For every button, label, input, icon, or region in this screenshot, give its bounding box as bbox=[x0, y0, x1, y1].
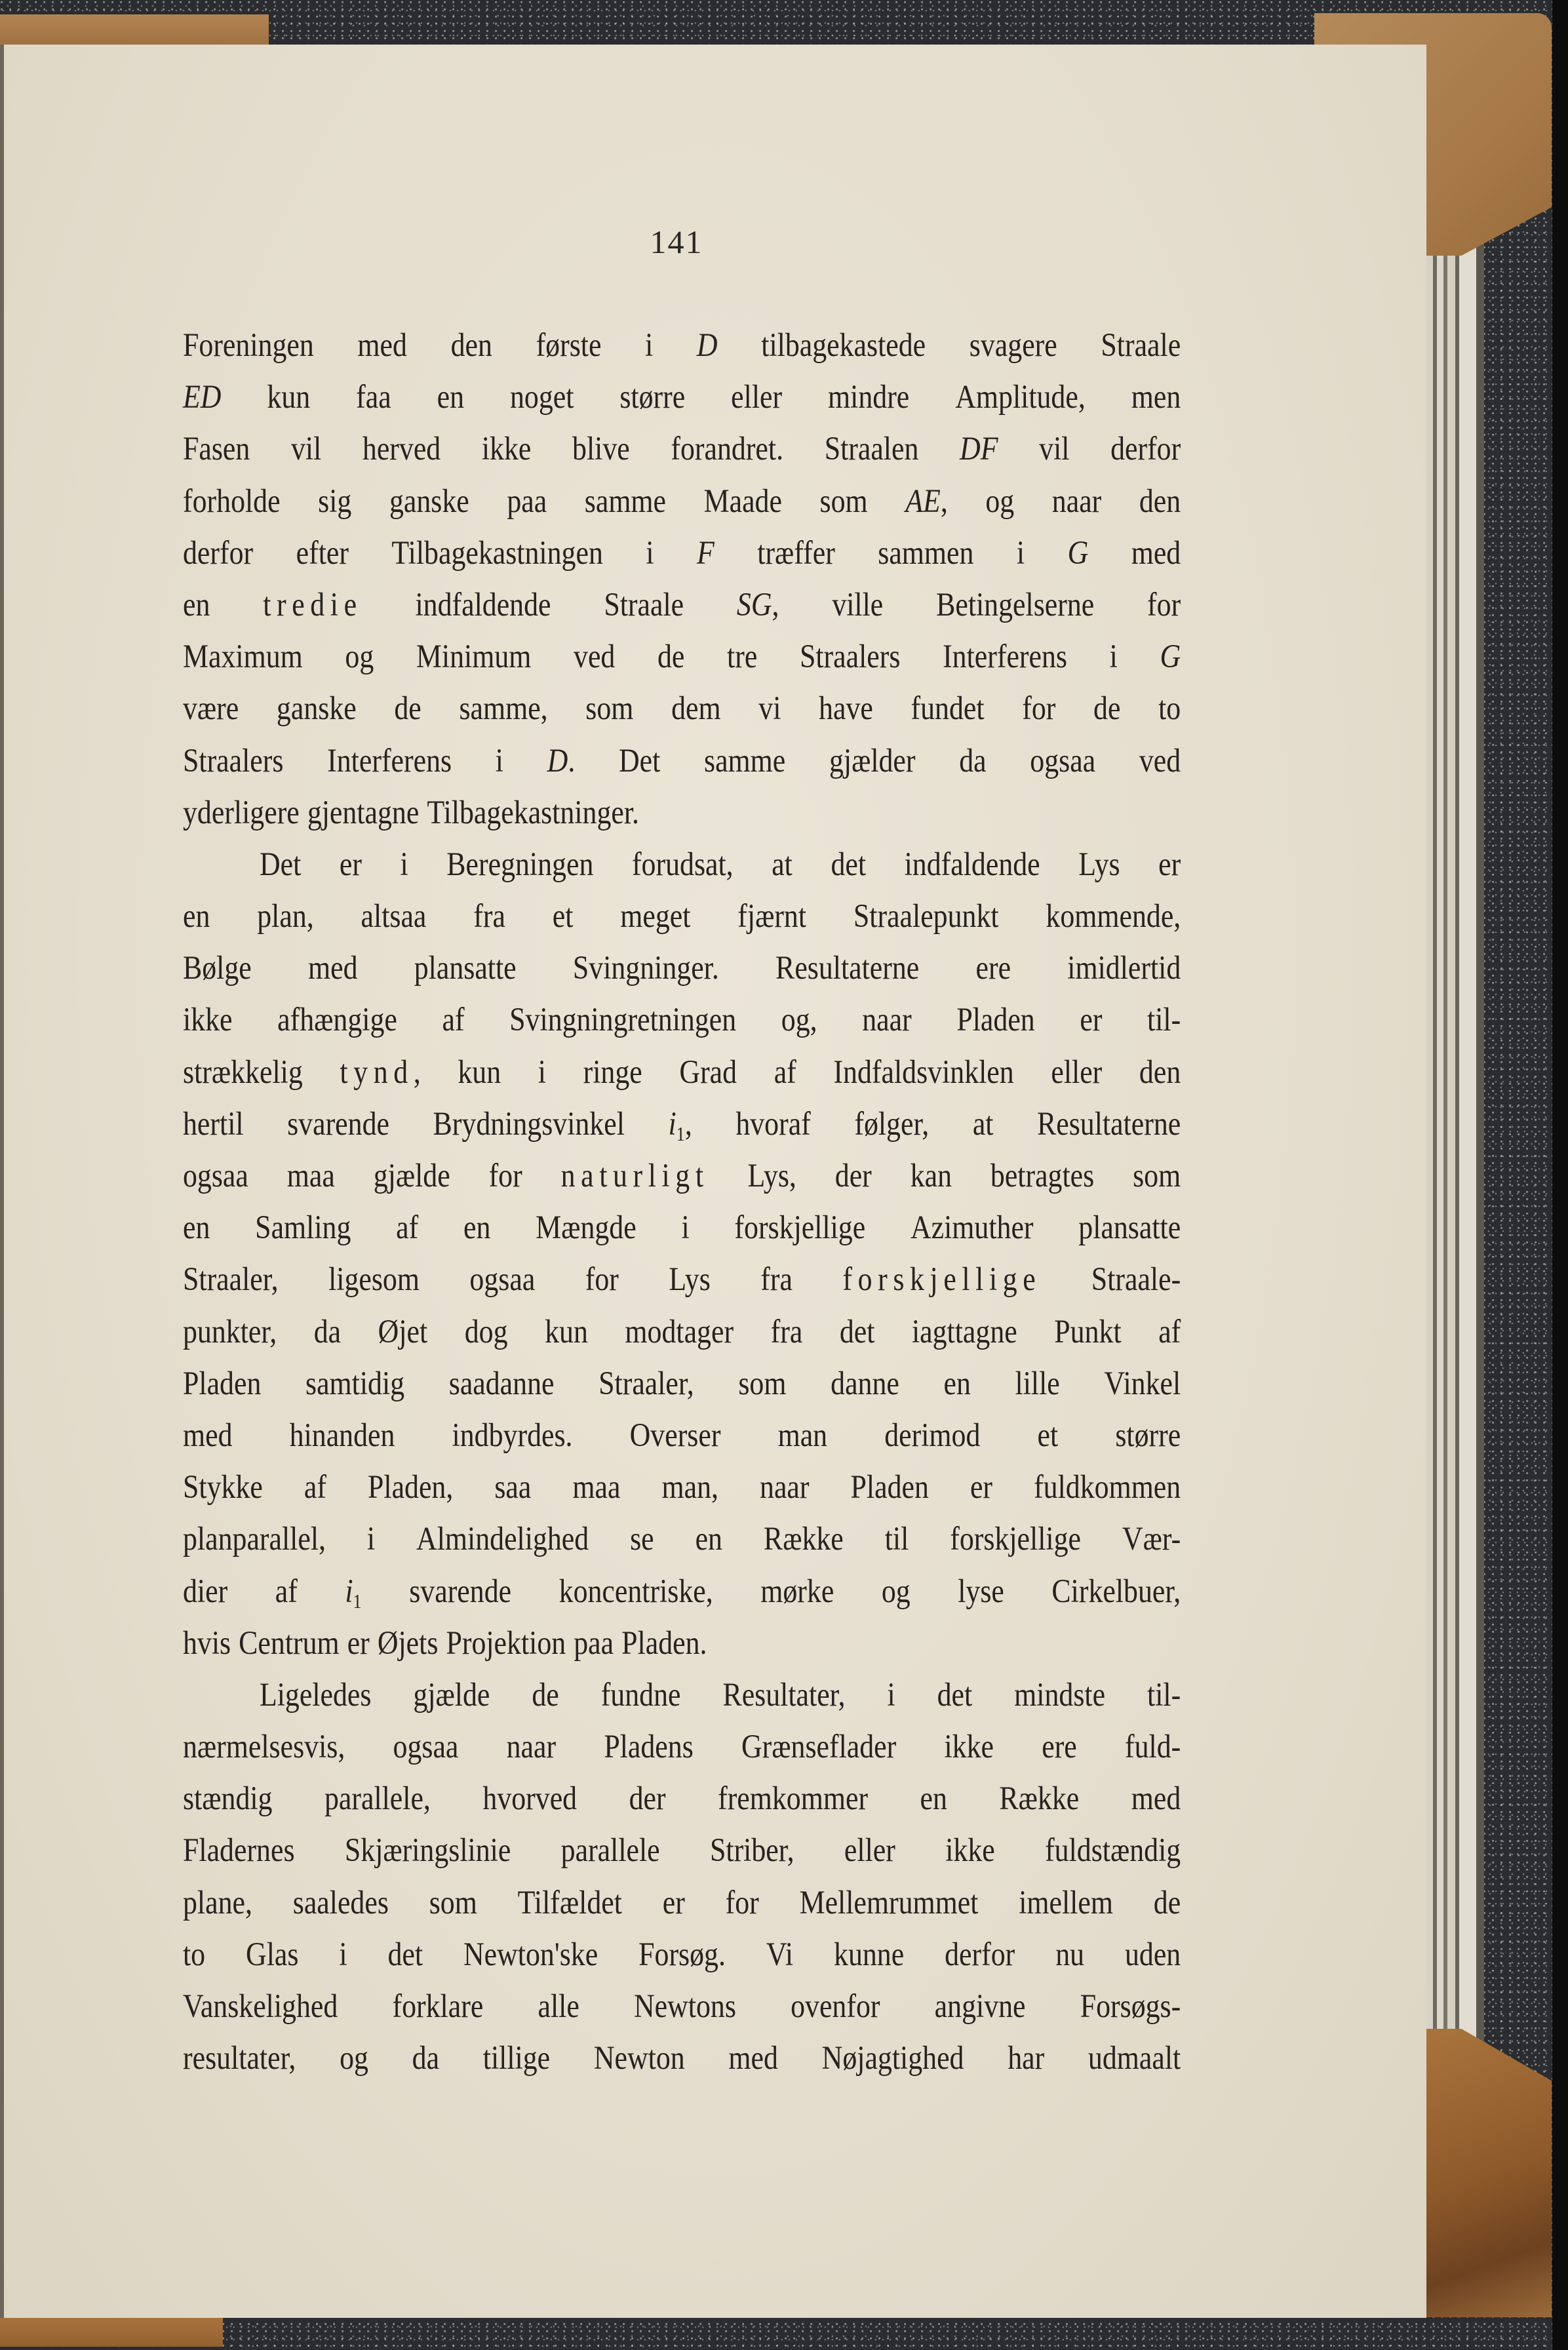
word: Svingningretningen bbox=[509, 994, 736, 1046]
word: Ligeledes bbox=[260, 1670, 371, 1721]
word: Forsøg. bbox=[638, 1929, 726, 1981]
word: der bbox=[835, 1150, 872, 1202]
book-page: 141 ForeningenmeddenførsteiDtilbagekaste… bbox=[0, 45, 1426, 2318]
page-edges-stack bbox=[1421, 31, 1484, 2316]
word: uden bbox=[1125, 1929, 1181, 1981]
word: forklare bbox=[392, 1981, 483, 2033]
word: strækkelig bbox=[183, 1047, 303, 1099]
word: samtidig bbox=[305, 1358, 404, 1410]
text-line: MaximumogMinimumveddetreStraalersInterfe… bbox=[183, 631, 1181, 683]
word: gjælder bbox=[829, 735, 916, 787]
word: Resultaterne bbox=[1037, 1099, 1181, 1150]
word: af bbox=[442, 994, 464, 1046]
leather-binding-bottom-left bbox=[0, 2315, 223, 2347]
word: de bbox=[532, 1670, 559, 1721]
word: indfaldende bbox=[905, 839, 1040, 891]
word: at bbox=[772, 839, 793, 891]
word: Samling bbox=[255, 1202, 351, 1254]
word: af bbox=[304, 1462, 326, 1514]
word: Straaler, bbox=[183, 1254, 279, 1306]
word: er bbox=[340, 839, 362, 891]
word: hvoraf bbox=[735, 1099, 810, 1150]
word: i bbox=[496, 735, 503, 787]
word: Projektion bbox=[446, 1618, 566, 1670]
word: maa bbox=[572, 1462, 620, 1514]
word: altsaa bbox=[361, 891, 427, 943]
word: som bbox=[585, 683, 633, 735]
word: Straale bbox=[1101, 320, 1181, 372]
word: kunne bbox=[834, 1929, 904, 1981]
word: i bbox=[339, 1929, 347, 1981]
word: eller bbox=[844, 1825, 895, 1877]
word: Tilbagekastninger. bbox=[427, 787, 639, 839]
word: af bbox=[774, 1047, 796, 1099]
word: plansatte bbox=[414, 943, 517, 994]
word: med bbox=[1131, 1773, 1181, 1825]
word: at bbox=[973, 1099, 994, 1150]
word: Betingelserne bbox=[936, 579, 1094, 631]
word: Straalen bbox=[825, 423, 919, 475]
word: i bbox=[401, 839, 408, 891]
word: dier bbox=[183, 1566, 227, 1618]
word: et bbox=[553, 891, 574, 943]
word: Forsøgs- bbox=[1080, 1981, 1181, 2033]
word: større bbox=[619, 372, 685, 423]
word: naturligt bbox=[561, 1150, 709, 1202]
word: i1, bbox=[668, 1099, 692, 1150]
word: yderligere bbox=[183, 787, 300, 839]
text-line: punkter,daØjetdogkunmodtagerfradetiagtta… bbox=[183, 1306, 1181, 1358]
word: Lys bbox=[669, 1254, 710, 1306]
word: Indfaldsvinklen bbox=[833, 1047, 1013, 1099]
word: meget bbox=[620, 891, 690, 943]
word: hvorved bbox=[482, 1773, 577, 1825]
word: Straale- bbox=[1091, 1254, 1181, 1306]
word: er bbox=[1158, 839, 1181, 891]
word: Maade bbox=[704, 476, 782, 528]
word: det bbox=[840, 1306, 875, 1358]
word: en bbox=[183, 891, 210, 943]
word: faa bbox=[356, 372, 391, 423]
word: ikke bbox=[183, 994, 233, 1046]
text-line: resultater,ogdatilligeNewtonmedNøjagtigh… bbox=[183, 2033, 1181, 2085]
text-line: StykkeafPladen,saamaaman,naarPladenerful… bbox=[183, 1462, 1181, 1514]
word: med bbox=[1131, 528, 1181, 579]
text-line: medhinandenindbyrdes.Oversermanderimodet… bbox=[183, 1410, 1181, 1462]
word: AE, bbox=[905, 476, 948, 528]
word: afhængige bbox=[277, 994, 397, 1046]
text-line: hvisCentrumerØjetsProjektionpaaPladen. bbox=[183, 1618, 1181, 1670]
word: som bbox=[429, 1877, 477, 1929]
text-line: stændigparallele,hvorvedderfremkommerenR… bbox=[183, 1773, 1181, 1825]
word: man, bbox=[662, 1462, 718, 1514]
word: Vanskelighed bbox=[183, 1981, 338, 2033]
word: paa bbox=[507, 476, 547, 528]
text-line: Fasenvilhervedikkebliveforandret.Straale… bbox=[183, 423, 1181, 475]
word: naar bbox=[760, 1462, 809, 1514]
word: er bbox=[663, 1877, 685, 1929]
word: D. bbox=[547, 735, 576, 787]
word: Straaler, bbox=[598, 1358, 694, 1410]
word: Overser bbox=[630, 1410, 721, 1462]
word: i bbox=[538, 1047, 546, 1099]
word: fundne bbox=[601, 1670, 681, 1721]
word: Minimum bbox=[416, 631, 531, 683]
text-line: planparallel,iAlmindelighedseenRækketilf… bbox=[183, 1514, 1181, 1565]
word: noget bbox=[510, 372, 574, 423]
word: som bbox=[1133, 1150, 1181, 1202]
word: eller bbox=[1051, 1047, 1102, 1099]
word: G bbox=[1068, 528, 1089, 579]
word: Almindelighed bbox=[416, 1514, 589, 1565]
word: ikke bbox=[482, 423, 532, 475]
word: ikke bbox=[945, 1825, 995, 1877]
word: Øjet bbox=[378, 1306, 428, 1358]
word: svarende bbox=[409, 1566, 511, 1618]
word: for bbox=[585, 1254, 619, 1306]
word: ved bbox=[1139, 735, 1181, 787]
word: med bbox=[308, 943, 358, 994]
word: Resultaterne bbox=[775, 943, 919, 994]
word: have bbox=[819, 683, 873, 735]
word: kommende, bbox=[1046, 891, 1181, 943]
word: forskjellige bbox=[842, 1254, 1041, 1306]
word: Pladen bbox=[956, 994, 1034, 1046]
word: derfor bbox=[183, 528, 253, 579]
text-line: forholdesigganskepaasammeMaadesomAE,ogna… bbox=[183, 476, 1181, 528]
word: Azimuther bbox=[911, 1202, 1034, 1254]
word: samme bbox=[585, 476, 666, 528]
word: Øjets bbox=[378, 1618, 439, 1670]
word: Maximum bbox=[183, 631, 303, 683]
word: tilbagekastede bbox=[761, 320, 926, 372]
word: af bbox=[1158, 1306, 1181, 1358]
word: paa bbox=[574, 1618, 614, 1670]
word: i bbox=[887, 1670, 895, 1721]
word: Lys bbox=[1078, 839, 1120, 891]
word: de bbox=[394, 683, 421, 735]
word: Lys, bbox=[748, 1150, 796, 1202]
word: derfor bbox=[945, 1929, 1015, 1981]
word: Pladens bbox=[604, 1721, 693, 1773]
text-line: StraalersInterferensiD.Detsammegjælderda… bbox=[183, 735, 1181, 787]
word: med bbox=[728, 2033, 778, 2085]
word: mindre bbox=[828, 372, 909, 423]
word: hinanden bbox=[290, 1410, 395, 1462]
word: parallele bbox=[561, 1825, 660, 1877]
word: som bbox=[820, 476, 868, 528]
word: i bbox=[646, 528, 654, 579]
word: Newton'ske bbox=[463, 1929, 598, 1981]
word: Straalers bbox=[183, 735, 283, 787]
word: D bbox=[697, 320, 718, 372]
text-line: yderligeregjentagneTilbagekastninger. bbox=[183, 787, 1181, 839]
word: Mængde bbox=[536, 1202, 637, 1254]
word: Cirkelbuer, bbox=[1051, 1566, 1181, 1618]
word: har bbox=[1008, 2033, 1044, 2085]
word: fundet bbox=[911, 683, 985, 735]
word: der bbox=[629, 1773, 666, 1825]
word: og, bbox=[781, 994, 817, 1046]
word: første bbox=[536, 320, 602, 372]
word: med bbox=[357, 320, 407, 372]
word: ogsaa bbox=[469, 1254, 535, 1306]
word: i bbox=[645, 320, 653, 372]
word: mørke bbox=[760, 1566, 834, 1618]
word: forskjellige bbox=[734, 1202, 865, 1254]
word: derfor bbox=[1110, 423, 1181, 475]
word: saa bbox=[494, 1462, 531, 1514]
word: de bbox=[1093, 683, 1120, 735]
word: Foreningen bbox=[183, 320, 314, 372]
word: indfaldende bbox=[415, 579, 551, 631]
word: nærmelsesvis, bbox=[183, 1721, 345, 1773]
word: en bbox=[463, 1202, 490, 1254]
word: angivne bbox=[935, 1981, 1026, 2033]
word: ringe bbox=[583, 1047, 642, 1099]
word: Interferens bbox=[327, 735, 452, 787]
word: lille bbox=[1015, 1358, 1060, 1410]
text-line: EDkunfaaennogetstørreellermindreAmplitud… bbox=[183, 372, 1181, 423]
word: og bbox=[882, 1566, 911, 1618]
word: to bbox=[1158, 683, 1181, 735]
word: Fasen bbox=[183, 423, 250, 475]
word: større bbox=[1115, 1410, 1181, 1462]
word: forandret. bbox=[671, 423, 783, 475]
word: da bbox=[412, 2033, 439, 2085]
text-line: ogsaamaagjældefornaturligtLys,derkanbetr… bbox=[183, 1150, 1181, 1202]
text-line: strækkeligtynd,kuniringeGradafIndfaldsvi… bbox=[183, 1047, 1181, 1099]
word: tre bbox=[727, 631, 757, 683]
word: ogsaa bbox=[183, 1150, 248, 1202]
word: ligesom bbox=[328, 1254, 420, 1306]
word: Tilfældet bbox=[518, 1877, 622, 1929]
word: kun bbox=[458, 1047, 501, 1099]
word: naar bbox=[1052, 476, 1101, 528]
text-line: enplan,altsaafraetmegetfjærntStraalepunk… bbox=[183, 891, 1181, 943]
word: til- bbox=[1147, 1670, 1181, 1721]
word: Beregningen bbox=[446, 839, 593, 891]
word: Amplitude, bbox=[955, 372, 1086, 423]
word: nu bbox=[1055, 1929, 1084, 1981]
word: som bbox=[738, 1358, 786, 1410]
word: den bbox=[1139, 476, 1181, 528]
word: ved bbox=[574, 631, 615, 683]
text-line: ikkeafhængigeafSvingningretningenog,naar… bbox=[183, 994, 1181, 1046]
word: ED bbox=[183, 372, 221, 423]
word: er bbox=[1080, 994, 1102, 1046]
word: Newton bbox=[594, 2033, 685, 2085]
text-line: DeteriBeregningenforudsat,atdetindfalden… bbox=[183, 839, 1181, 891]
word: naar bbox=[507, 1721, 556, 1773]
word: i bbox=[681, 1202, 689, 1254]
word: af bbox=[275, 1566, 298, 1618]
word: tredie bbox=[263, 579, 362, 631]
word: punkter, bbox=[183, 1306, 277, 1358]
word: Striber, bbox=[710, 1825, 794, 1877]
word: fra bbox=[771, 1306, 803, 1358]
word: Det bbox=[619, 735, 660, 787]
word: ganske bbox=[389, 476, 469, 528]
word: Pladen bbox=[183, 1358, 261, 1410]
word: eller bbox=[731, 372, 782, 423]
word: Skjæringslinie bbox=[345, 1825, 511, 1877]
text-line: væreganskedesamme,somdemvihavefundetford… bbox=[183, 683, 1181, 735]
word: tynd, bbox=[340, 1047, 420, 1099]
text-line: nærmelsesvis,ogsaanaarPladensGrænseflade… bbox=[183, 1721, 1181, 1773]
word: for bbox=[726, 1877, 759, 1929]
word: gjentagne bbox=[307, 787, 419, 839]
word: men bbox=[1131, 372, 1181, 423]
word: da bbox=[314, 1306, 341, 1358]
word: plansatte bbox=[1078, 1202, 1181, 1254]
word: Bølge bbox=[183, 943, 252, 994]
word: det bbox=[831, 839, 866, 891]
word: fuldkommen bbox=[1034, 1462, 1181, 1514]
word: efter bbox=[296, 528, 349, 579]
word: samme, bbox=[459, 683, 547, 735]
word: den bbox=[451, 320, 492, 372]
word: det bbox=[387, 1929, 423, 1981]
word: se bbox=[630, 1514, 654, 1565]
text-line: ForeningenmeddenførsteiDtilbagekastedesv… bbox=[183, 320, 1181, 372]
word: fremkommer bbox=[718, 1773, 868, 1825]
word: mindste bbox=[1014, 1670, 1105, 1721]
word: kan bbox=[911, 1150, 952, 1202]
text-line: VanskelighedforklarealleNewtonsovenforan… bbox=[183, 1981, 1181, 2033]
word: plan, bbox=[257, 891, 313, 943]
word: ovenfor bbox=[791, 1981, 880, 2033]
word: gjælde bbox=[374, 1150, 450, 1202]
word: kun bbox=[267, 372, 310, 423]
word: Grænseflader bbox=[741, 1721, 896, 1773]
word: ville bbox=[832, 579, 883, 631]
text-line: LigeledesgjældedefundneResultater,idetmi… bbox=[183, 1670, 1181, 1721]
word: samme bbox=[704, 735, 785, 787]
word: for bbox=[1147, 579, 1181, 631]
word: forskjellige bbox=[950, 1514, 1081, 1565]
word: følger, bbox=[854, 1099, 929, 1150]
word: indbyrdes. bbox=[452, 1410, 573, 1462]
word: en bbox=[183, 1202, 210, 1254]
word: af bbox=[396, 1202, 418, 1254]
word: parallele, bbox=[324, 1773, 431, 1825]
word: Brydningsvinkel bbox=[433, 1099, 625, 1150]
word: Række bbox=[999, 1773, 1079, 1825]
page-number: 141 bbox=[4, 223, 1349, 261]
text-line: BølgemedplansatteSvingninger.Resultatern… bbox=[183, 943, 1181, 994]
word: Tilbagekastningen bbox=[391, 528, 602, 579]
word: tillige bbox=[483, 2033, 550, 2085]
word: Straale bbox=[604, 579, 684, 631]
text-line: toGlasidetNewton'skeForsøg.Vikunnederfor… bbox=[183, 1929, 1181, 1981]
word: to bbox=[183, 1929, 205, 1981]
word: Vi bbox=[766, 1929, 793, 1981]
word: Række bbox=[764, 1514, 844, 1565]
word: et bbox=[1038, 1410, 1059, 1462]
word: Mellemrummet bbox=[800, 1877, 979, 1929]
word: Newtons bbox=[634, 1981, 736, 2033]
word: sig bbox=[318, 476, 351, 528]
word: Det bbox=[260, 839, 301, 891]
word: med bbox=[183, 1410, 233, 1462]
word: fjærnt bbox=[737, 891, 806, 943]
word: Centrum bbox=[239, 1618, 339, 1670]
word: stændig bbox=[183, 1773, 272, 1825]
word: Pladen bbox=[851, 1462, 929, 1514]
word: forudsat, bbox=[632, 839, 734, 891]
word: plane, bbox=[183, 1877, 252, 1929]
word: modtager bbox=[625, 1306, 734, 1358]
word: de bbox=[1154, 1877, 1181, 1929]
word: Pladen, bbox=[368, 1462, 453, 1514]
word: Fladernes bbox=[183, 1825, 295, 1877]
word: imellem bbox=[1019, 1877, 1113, 1929]
word: ikke bbox=[944, 1721, 994, 1773]
word: vil bbox=[291, 423, 321, 475]
word: i1 bbox=[345, 1566, 361, 1618]
word: dog bbox=[465, 1306, 508, 1358]
word: en bbox=[437, 372, 464, 423]
word: iagttagne bbox=[912, 1306, 1017, 1358]
word: herved bbox=[363, 423, 441, 475]
text-line: FladernesSkjæringslinieparalleleStriber,… bbox=[183, 1825, 1181, 1877]
word: og bbox=[985, 476, 1014, 528]
word: hertil bbox=[183, 1099, 244, 1150]
word: vi bbox=[758, 683, 781, 735]
word: resultater, bbox=[183, 2033, 296, 2085]
text-line: derforefterTilbagekastningeniFtræffersam… bbox=[183, 528, 1181, 579]
word: SG, bbox=[737, 579, 779, 631]
word: imidlertid bbox=[1067, 943, 1181, 994]
word: og bbox=[340, 2033, 368, 2085]
word: betragtes bbox=[990, 1150, 1094, 1202]
word: er bbox=[970, 1462, 992, 1514]
word: og bbox=[345, 631, 374, 683]
word: fra bbox=[473, 891, 505, 943]
text-line: hertilsvarendeBrydningsvinkeli1,hvoraffø… bbox=[183, 1099, 1181, 1150]
word: gjælde bbox=[413, 1670, 490, 1721]
word: derimod bbox=[884, 1410, 980, 1462]
text-line: entredieindfaldendeStraaleSG,villeBeting… bbox=[183, 579, 1181, 631]
word: ogsaa bbox=[393, 1721, 459, 1773]
word: blive bbox=[572, 423, 630, 475]
word: en bbox=[183, 579, 210, 631]
word: hvis bbox=[183, 1618, 231, 1670]
word: alle bbox=[538, 1981, 579, 2033]
word: forholde bbox=[183, 476, 281, 528]
word: Glas bbox=[246, 1929, 298, 1981]
word: G bbox=[1160, 631, 1181, 683]
word: de bbox=[657, 631, 684, 683]
word: ere bbox=[1042, 1721, 1077, 1773]
word: Nøjagtighed bbox=[822, 2033, 964, 2085]
word: Punkt bbox=[1054, 1306, 1121, 1358]
word: fuld- bbox=[1125, 1721, 1181, 1773]
word: Pladen. bbox=[621, 1618, 707, 1670]
word: maa bbox=[287, 1150, 335, 1202]
word: kun bbox=[545, 1306, 588, 1358]
background-edge bbox=[1552, 0, 1568, 2350]
word: for bbox=[489, 1150, 522, 1202]
word: lyse bbox=[958, 1566, 1004, 1618]
text-line: plane,saaledessomTilfældeterforMellemrum… bbox=[183, 1877, 1181, 1929]
word: Grad bbox=[679, 1047, 737, 1099]
word: til- bbox=[1147, 994, 1181, 1046]
word: dem bbox=[671, 683, 721, 735]
word: sammen bbox=[878, 528, 973, 579]
word: Stykke bbox=[183, 1462, 263, 1514]
